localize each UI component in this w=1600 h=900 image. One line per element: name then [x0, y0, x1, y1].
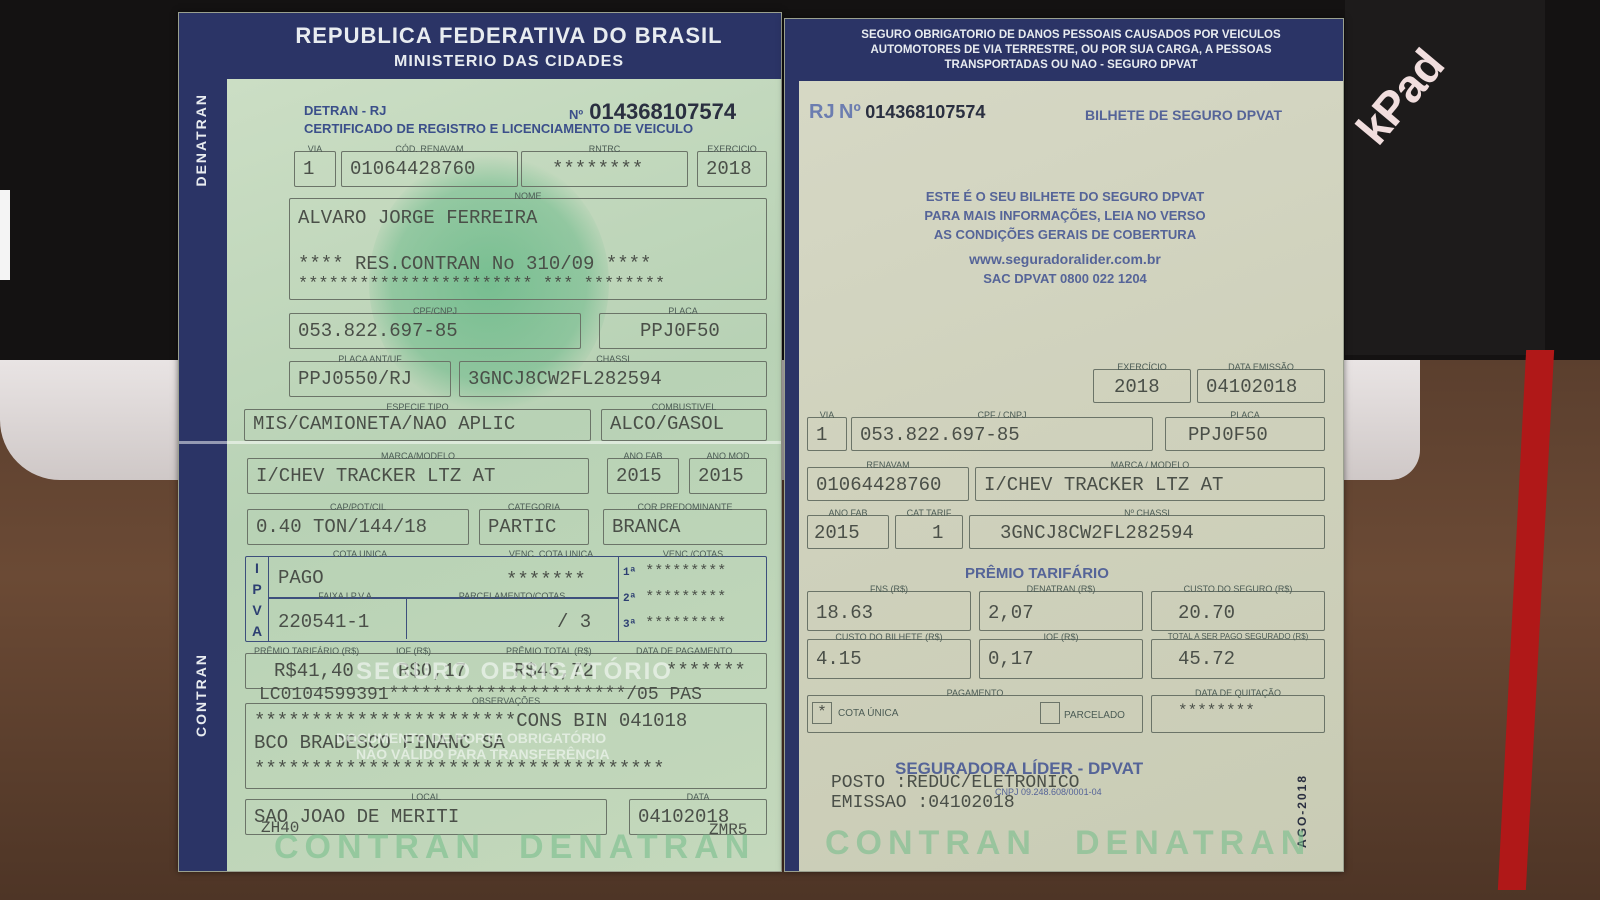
crlv-document: DENATRAN CONTRAN REPUBLICA FEDERATIVA DO…: [178, 12, 782, 872]
document-title: CERTIFICADO DE REGISTRO E LICENCIAMENTO …: [304, 121, 693, 136]
pagamento-block: PAGAMENTO * COTA ÚNICA PARCELADO: [807, 695, 1143, 733]
emissao-line: EMISSAO :04102018: [831, 793, 1015, 813]
observacoes-block: OBSERVAÇÕES ***********************CONS …: [245, 703, 767, 789]
seguro-obrigatorio-stamp: SEGURO OBRIGATÓRIO: [356, 658, 673, 686]
dpvat-number: RJ Nº 014368107574: [809, 101, 985, 124]
side-denatran-label: DENATRAN: [193, 93, 209, 187]
website-link: www.seguradoralider.com.br: [825, 250, 1305, 269]
dpvat-document: SEGURO OBRIGATORIO DE DANOS PESSOAIS CAU…: [784, 18, 1344, 872]
field-custo-bilhete: CUSTO DO BILHETE (R$) 4.15: [807, 639, 971, 679]
dpvat-footer-denatran: DENATRAN: [1075, 824, 1311, 863]
header-line-1: SEGURO OBRIGATORIO DE DANOS PESSOAIS CAU…: [799, 29, 1343, 41]
ipva-side-label: I P V A: [246, 557, 269, 641]
dpvat-field-marca-modelo: MARCA / MODELO I/CHEV TRACKER LTZ AT: [975, 467, 1325, 501]
parcelado-checkbox[interactable]: [1040, 702, 1060, 724]
field-placa-anterior: PLACA ANT/UF PPJ0550/RJ: [289, 361, 451, 397]
dpvat-field-data-emissao: DATA EMISSÃO 04102018: [1197, 369, 1325, 403]
number-prefix: Nº: [569, 107, 583, 122]
nome-asterisks: *********************** *** ********: [298, 275, 665, 294]
field-exercicio: EXERCICIO 2018: [697, 151, 767, 187]
field-cor: COR PREDOMINANTE BRANCA: [603, 509, 767, 545]
laptop-right-panel: [1345, 0, 1545, 355]
field-ano-mod: ANO MOD 2015: [689, 458, 767, 494]
field-faixa-ipva: FAIXA I.P.V.A 220541-1: [270, 599, 420, 639]
header-ministerio: MINISTERIO DAS CIDADES: [239, 53, 779, 71]
field-custo-seguro: CUSTO DO SEGURO (R$) 20.70: [1151, 591, 1325, 631]
dpvat-title: BILHETE DE SEGURO DPVAT: [1085, 107, 1282, 123]
premio-tarifario-title: PRÊMIO TARIFÁRIO: [965, 565, 1109, 582]
white-object: [0, 190, 10, 280]
field-total-pago: TOTAL A SER PAGO SEGURADO (R$) 45.72: [1151, 639, 1325, 679]
dpvat-side-band: [785, 19, 799, 871]
cota-1: 1ª *********: [623, 563, 726, 580]
dpvat-field-ano-fab: ANO FAB 2015: [807, 515, 889, 549]
field-parcelamento: PARCELAMENTO/COTAS / 3: [406, 599, 617, 639]
field-marca-modelo: MARCA/MODELO I/CHEV TRACKER LTZ AT: [247, 458, 589, 494]
field-chassi: CHASSI 3GNCJ8CW2FL282594: [459, 361, 767, 397]
header-line-3: TRANSPORTADAS OU NAO - SEGURO DPVAT: [799, 59, 1343, 71]
footer-contran: CONTRAN: [274, 828, 486, 867]
nome-note: **** RES.CONTRAN No 310/09 ****: [298, 253, 651, 275]
field-combustivel: COMBUSTIVEL ALCO/GASOL: [601, 409, 767, 441]
field-renavam: CÓD. RENAVAM 01064428760: [341, 151, 518, 187]
cota-unica-label: COTA ÚNICA: [838, 708, 898, 719]
field-especie-tipo: ESPECIE TIPO MIS/CAMIONETA/NAO APLIC: [244, 409, 591, 441]
field-cap-pot-cil: CAP/POT/CIL 0.40 TON/144/18: [247, 509, 469, 545]
premio-tarifario-value: R$41,40: [274, 660, 354, 682]
nao-valido-stamp: NÃO VÁLIDO PARA TRANSFERÊNCIA: [356, 746, 610, 762]
dpvat-field-cpf: CPF / CNPJ 053.822.697-85: [851, 417, 1153, 451]
crlv-header-band: REPUBLICA FEDERATIVA DO BRASIL MINISTERI…: [179, 13, 781, 79]
dpvat-field-renavam: RENAVAM 01064428760: [807, 467, 969, 501]
fold-line: [179, 441, 781, 444]
issuer: DETRAN - RJ: [304, 103, 386, 118]
obs-line-1: ***********************CONS BIN 041018: [254, 710, 687, 732]
field-cpf: CPF/CNPJ 053.822.697-85: [289, 313, 581, 349]
parcelado-label: PARCELADO: [1064, 710, 1125, 721]
field-denatran: DENATRAN (R$) 2,07: [979, 591, 1143, 631]
info-text: ESTE É O SEU BILHETE DO SEGURO DPVAT PAR…: [825, 187, 1305, 288]
dpvat-footer-contran: CONTRAN: [825, 824, 1037, 863]
cota-2: 2ª *********: [623, 589, 726, 606]
seguro-row: PRÊMIO TARIFÁRIO (R$) IOF (R$) PRÊMIO TO…: [245, 653, 767, 689]
dpvat-field-placa: PLACA PPJ0F50: [1165, 417, 1325, 451]
field-rntrc: RNTRC ********: [521, 151, 688, 187]
field-via: VIA 1: [294, 151, 336, 187]
field-placa: PLACA PPJ0F50: [599, 313, 767, 349]
cota-3: 3ª *********: [623, 615, 726, 632]
header-line-2: AUTOMOTORES DE VIA TERRESTRE, OU POR SUA…: [799, 44, 1343, 56]
porte-obrigatorio-stamp: DOCUMENTO DE PORTE OBRIGATÓRIO: [336, 730, 606, 746]
field-fns: FNS (R$) 18.63: [807, 591, 971, 631]
dpvat-field-exercicio: EXERCÍCIO 2018: [1093, 369, 1191, 403]
side-contran-label: CONTRAN: [193, 653, 209, 737]
dpvat-header-band: SEGURO OBRIGATORIO DE DANOS PESSOAIS CAU…: [785, 19, 1343, 81]
dpvat-field-via: VIA 1: [807, 417, 847, 451]
field-venc-cotas: VENC./COTAS 1ª ********* 2ª ********* 3ª…: [618, 557, 767, 641]
field-data-quitacao: DATA DE QUITAÇÃO ********: [1151, 695, 1325, 733]
dpvat-field-chassi: Nº CHASSI 3GNCJ8CW2FL282594: [969, 515, 1325, 549]
footer-denatran: DENATRAN: [519, 828, 755, 867]
field-nome: NOME ALVARO JORGE FERREIRA **** RES.CONT…: [289, 198, 767, 300]
sac-phone: SAC DPVAT 0800 022 1204: [825, 269, 1305, 288]
cota-unica-checkbox[interactable]: *: [812, 702, 832, 724]
field-ano-fab: ANO FAB 2015: [607, 458, 679, 494]
header-republica: REPUBLICA FEDERATIVA DO BRASIL: [239, 23, 779, 49]
field-categoria: CATEGORIA PARTIC: [479, 509, 589, 545]
field-dpvat-iof: IOF (R$) 0,17: [979, 639, 1143, 679]
dpvat-field-cat-tarif: CAT TARIF 1: [895, 515, 963, 549]
data-pagamento-value: *******: [666, 660, 746, 682]
ipva-block: I P V A COTA UNICA PAGO VENC. COTA UNICA…: [245, 556, 767, 642]
